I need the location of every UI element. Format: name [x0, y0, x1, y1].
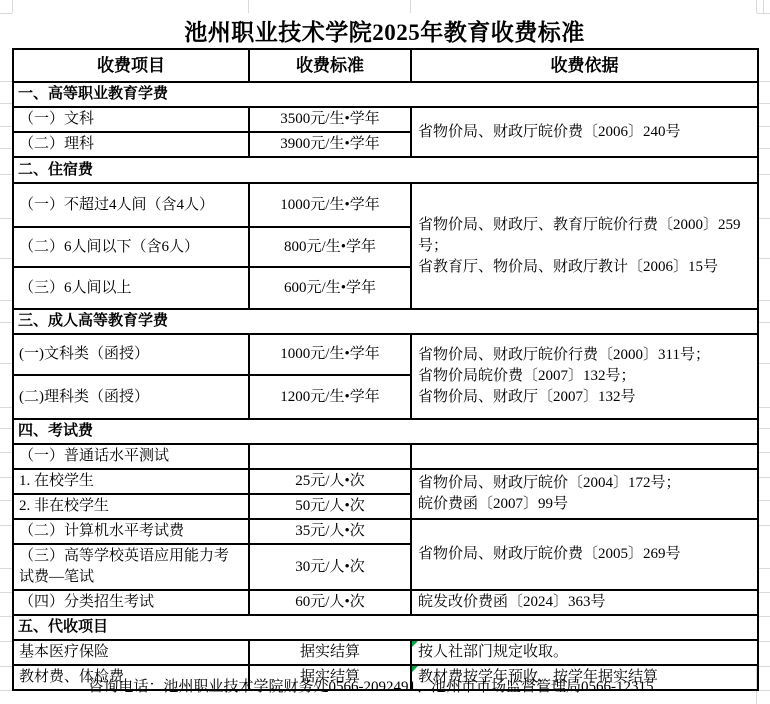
fee-standard: 1000元/生•学年 — [249, 183, 411, 227]
fee-standard: 50元/人•次 — [249, 494, 411, 519]
fee-basis — [411, 444, 758, 469]
table-row: （一）普通话水平测试 — [13, 444, 758, 469]
fee-item: （一）不超过4人间（含4人） — [13, 183, 249, 227]
fee-standard: 800元/生•学年 — [249, 227, 411, 267]
fee-standard: 30元/人•次 — [249, 544, 411, 590]
section-label: 一、高等职业教育学费 — [13, 82, 758, 107]
table-row: 基本医疗保险 据实结算 按人社部门规定收取。 — [13, 640, 758, 665]
fee-standard — [249, 444, 411, 469]
fee-basis: 皖发改价费函〔2024〕363号 — [411, 590, 758, 615]
fee-standard: 据实结算 — [249, 640, 411, 665]
fee-item: （二）理科 — [13, 132, 249, 157]
fee-basis-text: 按人社部门规定收取。 — [418, 644, 568, 660]
fee-item: （三）6人间以上 — [13, 267, 249, 309]
fee-item: （二）计算机水平考试费 — [13, 519, 249, 544]
section-label: 三、成人高等教育学费 — [13, 309, 758, 334]
fee-item: 2. 非在校学生 — [13, 494, 249, 519]
fee-basis: 省物价局、财政厅皖价费〔2006〕240号 — [411, 107, 758, 157]
section-row-adult: 三、成人高等教育学费 — [13, 309, 758, 334]
fee-standard: 1000元/生•学年 — [249, 334, 411, 375]
spreadsheet: 池州职业技术学院2025年教育收费标准 收费项目 收费标准 收费依据 一、高等职… — [0, 0, 770, 704]
section-row-accommodation: 二、住宿费 — [13, 157, 758, 183]
fee-standard: 3900元/生•学年 — [249, 132, 411, 157]
fee-item: (一)文科类（函授） — [13, 334, 249, 375]
fee-item: （一）普通话水平测试 — [13, 444, 249, 469]
table-row: （一）不超过4人间（含4人） 1000元/生•学年 省物价局、财政厅、教育厅皖价… — [13, 183, 758, 227]
fee-basis: 按人社部门规定收取。 — [411, 640, 758, 665]
header-row: 收费项目 收费标准 收费依据 — [13, 49, 758, 82]
section-label: 五、代收项目 — [13, 615, 758, 640]
section-label: 二、住宿费 — [13, 157, 758, 183]
fee-basis: 省物价局、财政厅皖价〔2004〕172号； 皖价费函〔2007〕99号 — [411, 469, 758, 519]
table-row: (一)文科类（函授） 1000元/生•学年 省物价局、财政厅皖价行费〔2000〕… — [13, 334, 758, 375]
section-row-tuition: 一、高等职业教育学费 — [13, 82, 758, 107]
cell-flag-green-triangle-icon — [412, 641, 418, 647]
section-row-exam: 四、考试费 — [13, 419, 758, 444]
col-header-basis: 收费依据 — [411, 49, 758, 82]
fee-standard: 35元/人•次 — [249, 519, 411, 544]
fee-table: 收费项目 收费标准 收费依据 一、高等职业教育学费 （一）文科 3500元/生•… — [12, 48, 759, 691]
fee-basis: 省物价局、财政厅皖价费〔2005〕269号 — [411, 519, 758, 590]
table-row: （四）分类招生考试 60元/人•次 皖发改价费函〔2024〕363号 — [13, 590, 758, 615]
fee-basis: 省物价局、财政厅皖价行费〔2000〕311号； 省物价局皖价费〔2007〕132… — [411, 334, 758, 419]
fee-item: （二）6人间以下（含6人） — [13, 227, 249, 267]
fee-standard: 600元/生•学年 — [249, 267, 411, 309]
contact-phone-note: 咨询电话：池州职业技术学院财务处0566-2092491、池州市市场监督管理局0… — [0, 666, 770, 704]
table-row: 1. 在校学生 25元/人•次 省物价局、财政厅皖价〔2004〕172号； 皖价… — [13, 469, 758, 494]
fee-basis: 省物价局、财政厅、教育厅皖价行费〔2000〕259号； 省教育厅、物价局、财政厅… — [411, 183, 758, 309]
table-row: （二）计算机水平考试费 35元/人•次 省物价局、财政厅皖价费〔2005〕269… — [13, 519, 758, 544]
fee-standard: 1200元/生•学年 — [249, 375, 411, 419]
col-header-item: 收费项目 — [13, 49, 249, 82]
table-row: （一）文科 3500元/生•学年 省物价局、财政厅皖价费〔2006〕240号 — [13, 107, 758, 132]
col-header-standard: 收费标准 — [249, 49, 411, 82]
fee-standard: 60元/人•次 — [249, 590, 411, 615]
fee-item: (二)理科类（函授） — [13, 375, 249, 419]
fee-item: （三）高等学校英语应用能力考试费—笔试 — [13, 544, 249, 590]
section-row-collection: 五、代收项目 — [13, 615, 758, 640]
fee-item: （四）分类招生考试 — [13, 590, 249, 615]
fee-item: 基本医疗保险 — [13, 640, 249, 665]
fee-item: 1. 在校学生 — [13, 469, 249, 494]
fee-standard: 25元/人•次 — [249, 469, 411, 494]
fee-item: （一）文科 — [13, 107, 249, 132]
section-label: 四、考试费 — [13, 419, 758, 444]
fee-standard: 3500元/生•学年 — [249, 107, 411, 132]
page-title: 池州职业技术学院2025年教育收费标准 — [12, 12, 757, 48]
